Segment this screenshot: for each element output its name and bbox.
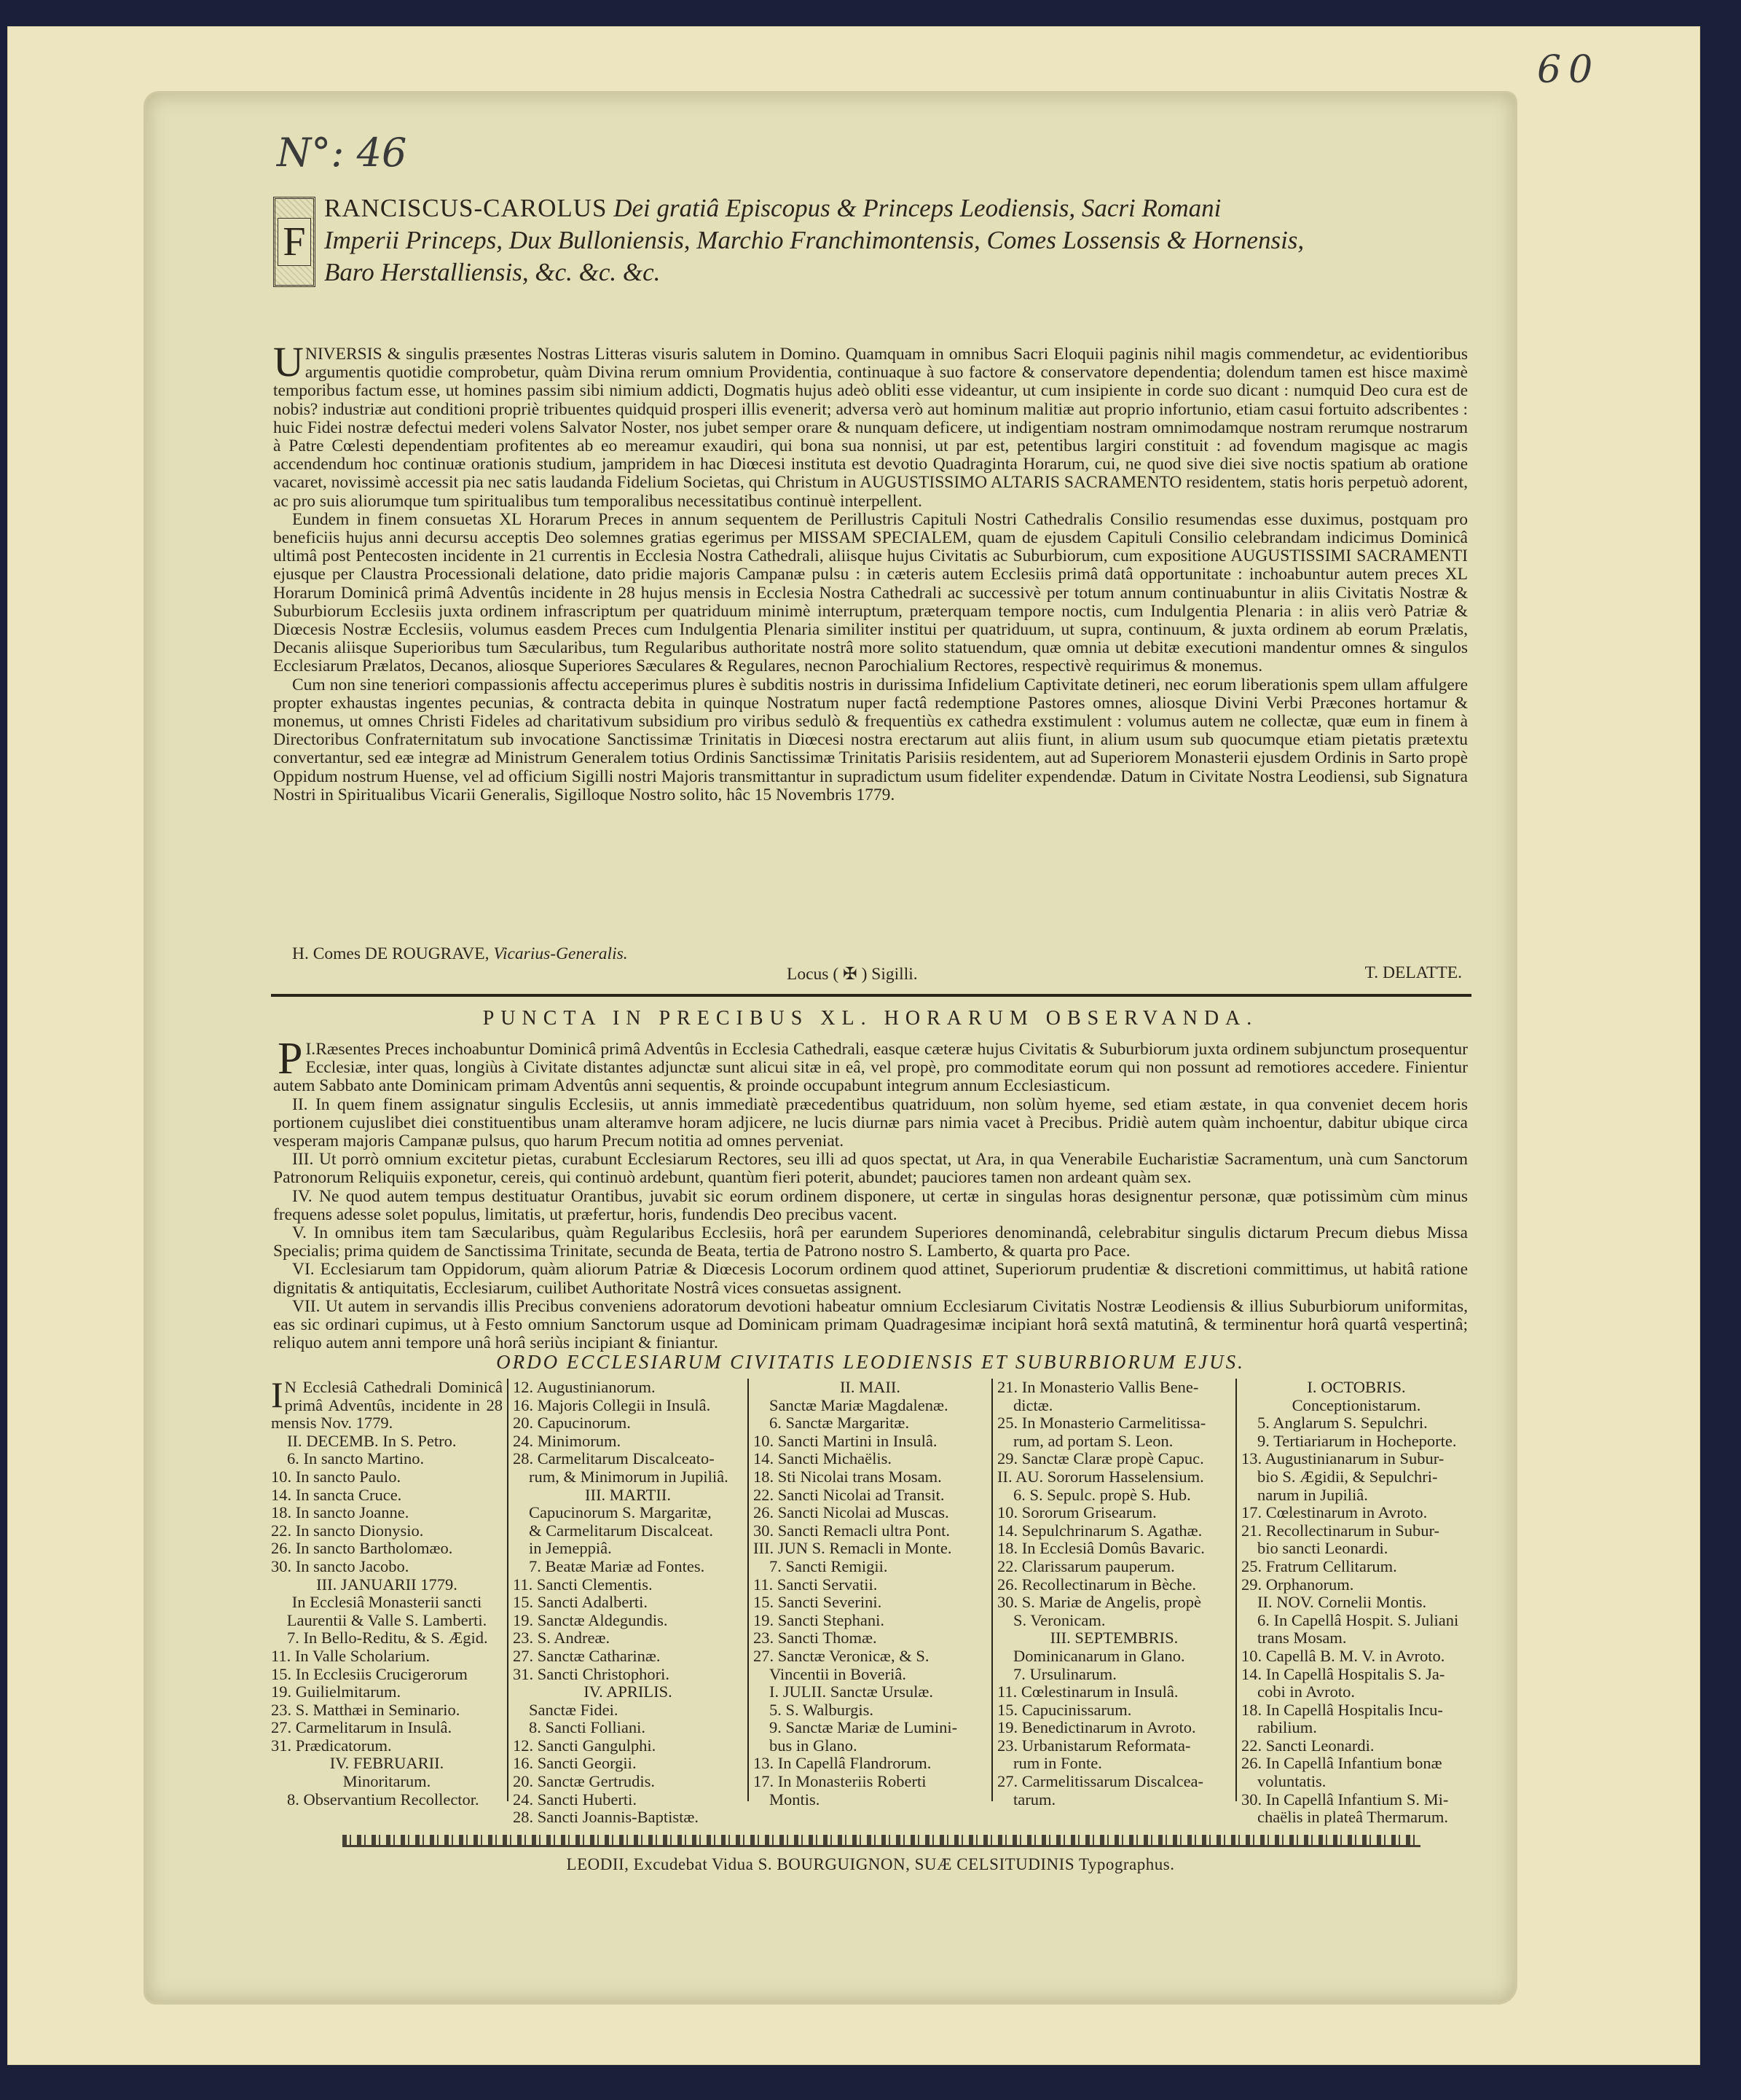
ordo-entry: 20. Capucinorum. [513,1414,743,1433]
printer-colophon: LEODII, Excudebat Vidua S. BOURGUIGNON, … [273,1855,1468,1874]
ordo-entry: In Ecclesiâ Monasterii sancti [271,1594,503,1612]
ordo-entry: III. JANUARII 1779. [271,1576,503,1594]
signatory-name: H. Comes DE ROUGRAVE, [273,944,489,963]
dropcap-p: P [278,1041,302,1077]
initial-letter: F [278,218,310,266]
vicar-signature: H. Comes DE ROUGRAVE, Vicarius-Generalis… [273,944,1468,964]
ordo-column-3: II. MAII.Sanctæ Mariæ Magdalenæ.6. Sanct… [747,1379,991,1801]
ordo-entry: 8. Sancti Folliani. [513,1719,743,1737]
ordo-entry: 16. Majoris Collegii in Insulâ. [513,1397,743,1415]
ordo-entry: 23. Urbanistarum Reformata- [997,1737,1231,1755]
ordo-entry: IV. APRILIS. [513,1683,743,1701]
ordo-entry: III. SEPTEMBRIS. [997,1629,1231,1648]
ordo-entry: 11. In Valle Scholarium. [271,1648,503,1666]
ordo-entry: 6. In sancto Martino. [271,1450,503,1468]
ordo-entry: bus in Glano. [753,1737,987,1755]
ordo-entry: 8. Observantium Recollector. [271,1791,503,1809]
puncta-list: I.PRæsentes Preces inchoabuntur Dominicâ… [273,1041,1468,1352]
ordo-entry: 15. Sancti Severini. [753,1594,987,1612]
ordo-entry: tarum. [997,1791,1231,1809]
ordo-entry: 29. Sanctæ Claræ propè Capuc. [997,1450,1231,1468]
ordo-entry: 14. Sepulchrinarum S. Agathæ. [997,1522,1231,1540]
ordo-entry: 19. Benedictinarum in Avroto. [997,1719,1231,1737]
ordo-entry: & Carmelitarum Discalceat. [513,1522,743,1540]
ordo-entry: 14. In Capellâ Hospitalis S. Ja- [1241,1666,1471,1684]
ordo-entry: 15. Sancti Adalberti. [513,1594,743,1612]
ordo-entry: 7. Ursulinarum. [997,1666,1231,1684]
letter-paragraph-3: Cum non sine teneriori compassionis affe… [273,676,1468,804]
ordo-entry: cobi in Avroto. [1241,1683,1471,1701]
ordo-entry: Montis. [753,1791,987,1809]
ordo-entry: 11. Cœlestinarum in Insulâ. [997,1683,1231,1701]
ordo-entry: 7. In Bello-Reditu, & S. Ægid. [271,1629,503,1648]
ordo-entry: 5. Anglarum S. Sepulchri. [1241,1414,1471,1433]
ordo-entry: 5. S. Walburgis. [753,1701,987,1720]
ordo-entry: 22. Clarissarum pauperum. [997,1558,1231,1576]
ordo-entry: 25. Fratrum Cellitarum. [1241,1558,1471,1576]
ordo-entry: chaëlis in plateâ Thermarum. [1241,1809,1471,1827]
ordo-entry: 30. S. Mariæ de Angelis, propè [997,1594,1231,1612]
ordo-entry: III. JUN S. Remacli in Monte. [753,1540,987,1558]
ordo-entry: 23. S. Matthæi in Seminario. [271,1701,503,1720]
ordo-column-2: 12. Augustinianorum.16. Majoris Collegii… [507,1379,747,1801]
ordo-entry: dictæ. [997,1397,1231,1415]
title-line-2: Imperii Princeps, Dux Bulloniensis, Marc… [324,226,1304,254]
ordo-entry: Dominicanarum in Glano. [997,1648,1231,1666]
typographic-ornament-border [342,1835,1420,1847]
ordo-entry: 28. Sancti Joannis-Baptistæ. [513,1809,743,1827]
ordo-entry: rum, & Minimorum in Jupiliâ. [513,1468,743,1486]
ordo-entry: 28. Carmelitarum Discalceato- [513,1450,743,1468]
ordo-entry: II. NOV. Cornelii Montis. [1241,1594,1471,1612]
ordo-entry: 14. Sancti Michaëlis. [753,1450,987,1468]
ordo-entry: 21. In Monasterio Vallis Bene- [997,1379,1231,1397]
seal-locus: Locus ( ✠ ) Sigilli. [787,963,918,984]
bishop-name: RANCISCUS-CAROLUS [324,194,607,222]
letter-paragraph-2: Eundem in finem consuetas XL Horarum Pre… [273,511,1468,676]
ordo-entry: 10. Capellâ B. M. V. in Avroto. [1241,1648,1471,1666]
ordo-entry: IV. FEBRUARII. [271,1755,503,1773]
ordo-entry: S. Veronicam. [997,1612,1231,1630]
ordo-entry: 6. S. Sepulc. propè S. Hub. [997,1486,1231,1505]
ordo-entry: II. AU. Sororum Hasselensium. [997,1468,1231,1486]
ordo-entry: bio sancti Leonardi. [1241,1540,1471,1558]
puncta-title: PUNCTA IN PRECIBUS XL. HORARUM OBSERVAND… [273,1007,1468,1030]
ordo-entry: IN Ecclesiâ Cathedrali Dominicâ primâ Ad… [271,1379,503,1433]
ordo-entry: 30. Sancti Remacli ultra Pont. [753,1522,987,1540]
ordo-entry: 22. In sancto Dionysio. [271,1522,503,1540]
secretary-signature: T. DELATTE. [1365,963,1462,983]
ordo-entry: Sanctæ Mariæ Magdalenæ. [753,1397,987,1415]
ordo-title: ORDO ECCLESIARUM CIVITATIS LEODIENSIS ET… [273,1351,1468,1374]
ordo-entry: 9. Tertiariarum in Hocheporte. [1241,1433,1471,1451]
ordo-entry: 17. In Monasteriis Roberti [753,1773,987,1791]
ordo-entry: 6. Sanctæ Margaritæ. [753,1414,987,1433]
section-divider [271,994,1471,997]
ordo-entry: 17. Cœlestinarum in Avroto. [1241,1504,1471,1522]
handwritten-archive-number: N°: 46 [277,130,406,176]
ordo-entry: 14. In sancta Cruce. [271,1486,503,1505]
ordo-entry: 18. Sti Nicolai trans Mosam. [753,1468,987,1486]
ordo-entry: bio S. Ægidii, & Sepulchri- [1241,1468,1471,1486]
ordo-entry: 18. In sancto Joanne. [271,1504,503,1522]
ordo-entry: 23. Sancti Thomæ. [753,1629,987,1648]
ordo-entry: 22. Sancti Leonardi. [1241,1737,1471,1755]
ordo-entry: I. OCTOBRIS. [1241,1379,1471,1397]
ordo-entry: 30. In Capellâ Infantium S. Mi- [1241,1791,1471,1809]
ordo-entry: Conceptionistarum. [1241,1397,1471,1415]
ordo-entry: 26. Recollectinarum in Bèche. [997,1576,1231,1594]
punctum-4: IV. Ne quod autem tempus destituatur Ora… [273,1188,1468,1224]
ordo-entry: 25. In Monasterio Carmelitissa- [997,1414,1231,1433]
ordo-entry: 12. Augustinianorum. [513,1379,743,1397]
ordo-column-1: IN Ecclesiâ Cathedrali Dominicâ primâ Ad… [267,1379,507,1801]
ordo-entry: 15. In Ecclesiis Crucigerorum [271,1666,503,1684]
ordo-entry: 13. In Capellâ Flandrorum. [753,1755,987,1773]
ordo-entry: 10. Sororum Grisearum. [997,1504,1231,1522]
ordo-entry: 10. In sancto Paulo. [271,1468,503,1486]
punctum-6: VI. Ecclesiarum tam Oppidorum, quàm alio… [273,1261,1468,1297]
ordo-entry: 27. Sanctæ Veronicæ, & S. [753,1648,987,1666]
ordo-entry: 31. Prædicatorum. [271,1737,503,1755]
ordo-entry: 26. Sancti Nicolai ad Muscas. [753,1504,987,1522]
ordo-entry: trans Mosam. [1241,1629,1471,1648]
ordo-entry: III. MARTII. [513,1486,743,1505]
ordo-entry: 23. S. Andreæ. [513,1629,743,1648]
ordo-entry: 21. Recollectinarum in Subur- [1241,1522,1471,1540]
ordo-entry: Vincentii in Boveriâ. [753,1666,987,1684]
ordo-entry: 24. Minimorum. [513,1433,743,1451]
ordo-entry: 6. In Capellâ Hospit. S. Juliani [1241,1612,1471,1630]
ordo-columns: IN Ecclesiâ Cathedrali Dominicâ primâ Ad… [267,1379,1476,1801]
ordo-entry: rum, ad portam S. Leon. [997,1433,1231,1451]
ordo-entry: 24. Sancti Huberti. [513,1791,743,1809]
ordo-entry: 19. Guilielmitarum. [271,1683,503,1701]
ordo-entry: 19. Sanctæ Aldegundis. [513,1612,743,1630]
seal-cross-icon: ( ✠ ) [833,965,867,984]
ordo-entry: 11. Sancti Clementis. [513,1576,743,1594]
ordo-entry: rabilium. [1241,1719,1471,1737]
title-line-3: Baro Herstalliensis, &c. &c. &c. [324,258,660,286]
ornamental-initial-frame: F [273,197,315,287]
ordo-entry: Capucinorum S. Margaritæ, [513,1504,743,1522]
ordo-entry: 13. Augustinianarum in Subur- [1241,1450,1471,1468]
ordo-entry: 19. Sancti Stephani. [753,1612,987,1630]
ordo-entry: 27. Carmelitarum in Insulâ. [271,1719,503,1737]
ordo-entry: 27. Carmelitissarum Discalcea- [997,1773,1231,1791]
ordo-entry: 26. In Capellâ Infantium bonæ [1241,1755,1471,1773]
ordo-entry: voluntatis. [1241,1773,1471,1791]
ordo-column-5: I. OCTOBRIS.Conceptionistarum.5. Anglaru… [1235,1379,1476,1801]
dropcap-u: U [273,345,304,379]
ordo-entry: 27. Sanctæ Catharinæ. [513,1648,743,1666]
ordo-entry: 11. Sancti Servatii. [753,1576,987,1594]
ordo-entry: 12. Sancti Gangulphi. [513,1737,743,1755]
ordo-entry: 16. Sancti Georgii. [513,1755,743,1773]
ordo-entry: 15. Capucinissarum. [997,1701,1231,1720]
ordo-entry: 29. Orphanorum. [1241,1576,1471,1594]
decree-letter: UNIVERSIS & singulis præsentes Nostras L… [273,345,1468,804]
title-line-1: Dei gratiâ Episcopus & Princeps Leodiens… [613,194,1221,222]
ordo-entry: II. MAII. [753,1379,987,1397]
signatory-title: Vicarius-Generalis. [493,944,627,963]
ordo-entry: 7. Beatæ Mariæ ad Fontes. [513,1558,743,1576]
handwritten-page-number: 60 [1537,48,1600,92]
ordo-entry: rum in Fonte. [997,1755,1231,1773]
ordo-entry: 31. Sancti Christophori. [513,1666,743,1684]
ordo-entry: 7. Sancti Remigii. [753,1558,987,1576]
punctum-7: VII. Ut autem in servandis illis Precibu… [273,1298,1468,1353]
ordo-entry: II. DECEMB. In S. Petro. [271,1433,503,1451]
punctum-2: II. In quem finem assignatur singulis Ec… [273,1096,1468,1151]
ordo-entry: narum in Jupiliâ. [1241,1486,1471,1505]
ordo-entry: I. JULII. Sanctæ Ursulæ. [753,1683,987,1701]
punctum-5: V. In omnibus item tam Sæcularibus, quàm… [273,1224,1468,1261]
bishop-titles: RANCISCUS-CAROLUS Dei gratiâ Episcopus &… [324,192,1490,289]
ordo-column-4: 21. In Monasterio Vallis Bene-dictæ.25. … [991,1379,1235,1801]
punctum-1: I.PRæsentes Preces inchoabuntur Dominicâ… [273,1041,1468,1096]
dropcap-i: I [271,1379,283,1411]
ordo-entry: 18. In Capellâ Hospitalis Incu- [1241,1701,1471,1720]
ordo-entry: in Jemeppiâ. [513,1540,743,1558]
ordo-entry: 18. In Ecclesiâ Domûs Bavaric. [997,1540,1231,1558]
letter-paragraph-1: NIVERSIS & singulis præsentes Nostras Li… [273,345,1468,511]
ordo-entry: 30. In sancto Jacobo. [271,1558,503,1576]
ordo-entry: 22. Sancti Nicolai ad Transit. [753,1486,987,1505]
ordo-entry: Minoritarum. [271,1773,503,1791]
ordo-entry: Sanctæ Fidei. [513,1701,743,1720]
ordo-entry: 20. Sanctæ Gertrudis. [513,1773,743,1791]
ordo-entry: 26. In sancto Bartholomæo. [271,1540,503,1558]
ordo-entry: 10. Sancti Martini in Insulâ. [753,1433,987,1451]
ordo-entry: Laurentii & Valle S. Lamberti. [271,1612,503,1630]
ordo-entry: 9. Sanctæ Mariæ de Lumini- [753,1719,987,1737]
punctum-3: III. Ut porrò omnium excitetur pietas, c… [273,1151,1468,1187]
